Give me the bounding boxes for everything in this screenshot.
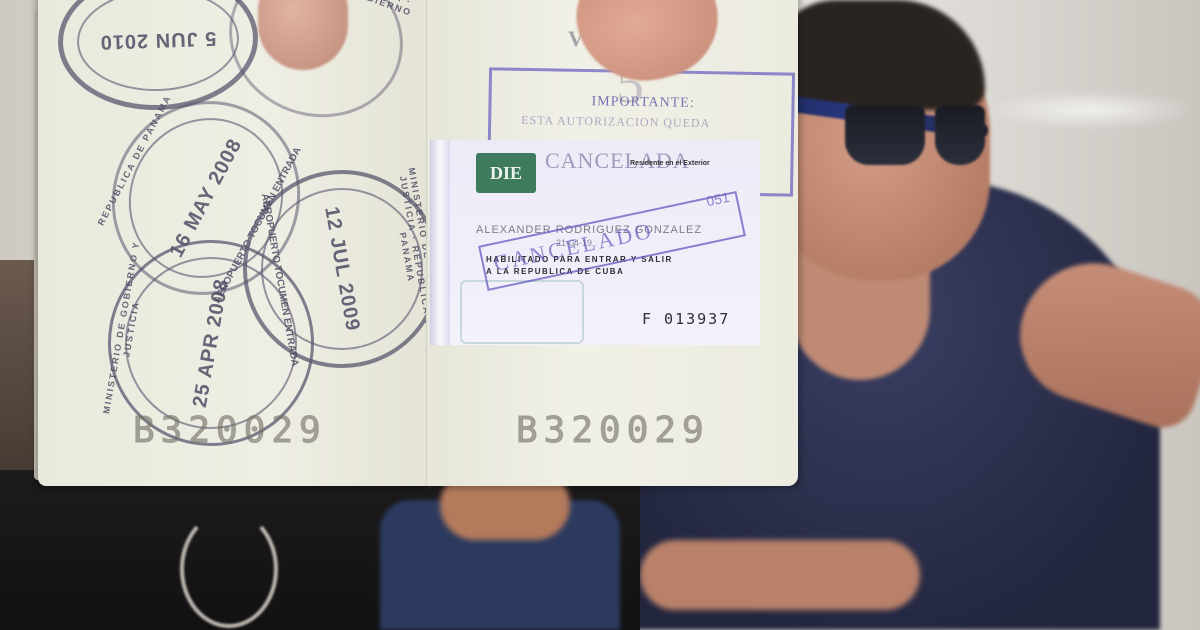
sticker-hologram-stripe bbox=[430, 140, 450, 345]
cancelado-number: 051 bbox=[705, 189, 731, 210]
die-logo: DIE bbox=[476, 153, 536, 193]
important-line: ESTA AUTORIZACION QUEDA bbox=[521, 113, 710, 131]
stamp-date: 5 JUN 2010 bbox=[99, 26, 216, 53]
wall-texture bbox=[980, 90, 1200, 130]
sticker-serial-number: F 013937 bbox=[642, 310, 730, 328]
passport-left-page: 5 JUN 2010 REPUBLICA DE PANAMA · MINISTE… bbox=[38, 0, 430, 486]
important-heading: IMPORTANTE: bbox=[591, 94, 694, 112]
passport: 5 JUN 2010 REPUBLICA DE PANAMA · MINISTE… bbox=[38, 0, 798, 486]
die-permit-sticker: DIE CANCELADA Residente en el Exterior A… bbox=[430, 140, 760, 345]
passport-perforation-right: B320029 bbox=[516, 410, 710, 451]
man-forearm bbox=[640, 540, 920, 610]
sunglasses bbox=[785, 95, 990, 165]
necklace bbox=[180, 510, 278, 628]
sunglasses-lens-left bbox=[845, 105, 925, 165]
faint-green-stamp bbox=[460, 280, 584, 344]
photo-scene: 5 JUN 2010 REPUBLICA DE PANAMA · MINISTE… bbox=[0, 0, 1200, 630]
sunglasses-lens-right bbox=[935, 105, 985, 165]
issuer-small-text: Residente en el Exterior bbox=[630, 160, 710, 167]
passport-perforation-left: B320029 bbox=[133, 410, 327, 451]
